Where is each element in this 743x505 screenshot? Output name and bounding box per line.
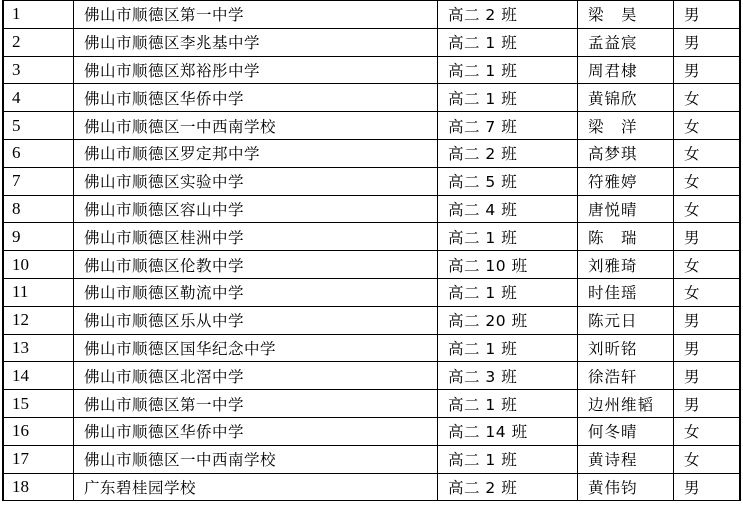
student-name: 梁 洋	[578, 112, 674, 140]
student-name: 陈元日	[578, 306, 674, 334]
table-row: 5 佛山市顺德区一中西南学校 高二 7 班 梁 洋 女	[3, 112, 740, 140]
student-name: 梁 昊	[578, 1, 674, 29]
row-number: 3	[3, 56, 74, 84]
class-name: 高二 4 班	[438, 195, 578, 223]
student-gender: 女	[674, 112, 741, 140]
school-name: 佛山市顺德区容山中学	[74, 195, 438, 223]
class-name: 高二 1 班	[438, 334, 578, 362]
school-name: 佛山市顺德区第一中学	[74, 1, 438, 29]
student-gender: 男	[674, 390, 741, 418]
student-name: 黄伟钧	[578, 473, 674, 501]
table-row: 1 佛山市顺德区第一中学 高二 2 班 梁 昊 男	[3, 1, 740, 29]
row-number: 11	[3, 278, 74, 306]
table-row: 16 佛山市顺德区华侨中学 高二 14 班 何冬晴 女	[3, 417, 740, 445]
student-name: 黄诗程	[578, 445, 674, 473]
row-number: 13	[3, 334, 74, 362]
class-name: 高二 1 班	[438, 84, 578, 112]
student-gender: 男	[674, 362, 741, 390]
table-row: 2 佛山市顺德区李兆基中学 高二 1 班 孟益宸 男	[3, 28, 740, 56]
table-row: 14 佛山市顺德区北滘中学 高二 3 班 徐浩轩 男	[3, 362, 740, 390]
student-gender: 女	[674, 167, 741, 195]
row-number: 18	[3, 473, 74, 501]
school-name: 佛山市顺德区李兆基中学	[74, 28, 438, 56]
school-name: 佛山市顺德区华侨中学	[74, 417, 438, 445]
school-name: 佛山市顺德区勒流中学	[74, 278, 438, 306]
school-name: 佛山市顺德区国华纪念中学	[74, 334, 438, 362]
student-name: 符雅婷	[578, 167, 674, 195]
row-number: 9	[3, 223, 74, 251]
row-number: 8	[3, 195, 74, 223]
student-name: 边州维韬	[578, 390, 674, 418]
school-name: 佛山市顺德区伦教中学	[74, 251, 438, 279]
row-number: 1	[3, 1, 74, 29]
student-name: 高梦琪	[578, 139, 674, 167]
table-row: 8 佛山市顺德区容山中学 高二 4 班 唐悦晴 女	[3, 195, 740, 223]
table-row: 10 佛山市顺德区伦教中学 高二 10 班 刘雅琦 女	[3, 251, 740, 279]
student-name: 黄锦欣	[578, 84, 674, 112]
class-name: 高二 5 班	[438, 167, 578, 195]
class-name: 高二 2 班	[438, 473, 578, 501]
class-name: 高二 3 班	[438, 362, 578, 390]
class-name: 高二 1 班	[438, 445, 578, 473]
row-number: 4	[3, 84, 74, 112]
student-gender: 男	[674, 28, 741, 56]
student-gender: 男	[674, 306, 741, 334]
school-name: 佛山市顺德区北滘中学	[74, 362, 438, 390]
class-name: 高二 1 班	[438, 390, 578, 418]
school-name: 佛山市顺德区郑裕彤中学	[74, 56, 438, 84]
row-number: 10	[3, 251, 74, 279]
row-number: 2	[3, 28, 74, 56]
table-row: 17 佛山市顺德区一中西南学校 高二 1 班 黄诗程 女	[3, 445, 740, 473]
table-row: 4 佛山市顺德区华侨中学 高二 1 班 黄锦欣 女	[3, 84, 740, 112]
class-name: 高二 2 班	[438, 1, 578, 29]
school-name: 佛山市顺德区罗定邦中学	[74, 139, 438, 167]
class-name: 高二 10 班	[438, 251, 578, 279]
row-number: 12	[3, 306, 74, 334]
table-row: 3 佛山市顺德区郑裕彤中学 高二 1 班 周君棣 男	[3, 56, 740, 84]
student-gender: 男	[674, 1, 741, 29]
student-gender: 女	[674, 445, 741, 473]
row-number: 5	[3, 112, 74, 140]
student-name: 徐浩轩	[578, 362, 674, 390]
table-row: 18 广东碧桂园学校 高二 2 班 黄伟钧 男	[3, 473, 740, 501]
class-name: 高二 20 班	[438, 306, 578, 334]
school-name: 佛山市顺德区桂洲中学	[74, 223, 438, 251]
class-name: 高二 1 班	[438, 28, 578, 56]
class-name: 高二 7 班	[438, 112, 578, 140]
student-gender: 女	[674, 195, 741, 223]
row-number: 16	[3, 417, 74, 445]
student-name: 唐悦晴	[578, 195, 674, 223]
table-row: 6 佛山市顺德区罗定邦中学 高二 2 班 高梦琪 女	[3, 139, 740, 167]
table-row: 15 佛山市顺德区第一中学 高二 1 班 边州维韬 男	[3, 390, 740, 418]
student-name: 何冬晴	[578, 417, 674, 445]
student-gender: 女	[674, 278, 741, 306]
row-number: 6	[3, 139, 74, 167]
student-name: 陈 瑞	[578, 223, 674, 251]
student-name: 周君棣	[578, 56, 674, 84]
row-number: 17	[3, 445, 74, 473]
school-name: 佛山市顺德区一中西南学校	[74, 112, 438, 140]
table-row: 9 佛山市顺德区桂洲中学 高二 1 班 陈 瑞 男	[3, 223, 740, 251]
table-row: 12 佛山市顺德区乐从中学 高二 20 班 陈元日 男	[3, 306, 740, 334]
table-row: 11 佛山市顺德区勒流中学 高二 1 班 时佳瑶 女	[3, 278, 740, 306]
school-name: 广东碧桂园学校	[74, 473, 438, 501]
student-gender: 女	[674, 251, 741, 279]
student-gender: 男	[674, 56, 741, 84]
student-gender: 女	[674, 84, 741, 112]
student-name: 时佳瑶	[578, 278, 674, 306]
student-gender: 男	[674, 334, 741, 362]
class-name: 高二 1 班	[438, 278, 578, 306]
class-name: 高二 1 班	[438, 56, 578, 84]
school-name: 佛山市顺德区实验中学	[74, 167, 438, 195]
row-number: 7	[3, 167, 74, 195]
student-roster-table: 1 佛山市顺德区第一中学 高二 2 班 梁 昊 男 2 佛山市顺德区李兆基中学 …	[2, 0, 741, 501]
class-name: 高二 14 班	[438, 417, 578, 445]
school-name: 佛山市顺德区乐从中学	[74, 306, 438, 334]
student-gender: 男	[674, 223, 741, 251]
school-name: 佛山市顺德区一中西南学校	[74, 445, 438, 473]
school-name: 佛山市顺德区第一中学	[74, 390, 438, 418]
row-number: 14	[3, 362, 74, 390]
class-name: 高二 2 班	[438, 139, 578, 167]
document-page: 1 佛山市顺德区第一中学 高二 2 班 梁 昊 男 2 佛山市顺德区李兆基中学 …	[0, 0, 743, 505]
student-name: 刘雅琦	[578, 251, 674, 279]
student-name: 刘昕铭	[578, 334, 674, 362]
table-row: 7 佛山市顺德区实验中学 高二 5 班 符雅婷 女	[3, 167, 740, 195]
school-name: 佛山市顺德区华侨中学	[74, 84, 438, 112]
student-gender: 男	[674, 473, 741, 501]
roster-body: 1 佛山市顺德区第一中学 高二 2 班 梁 昊 男 2 佛山市顺德区李兆基中学 …	[3, 1, 740, 501]
table-row: 13 佛山市顺德区国华纪念中学 高二 1 班 刘昕铭 男	[3, 334, 740, 362]
row-number: 15	[3, 390, 74, 418]
student-gender: 女	[674, 139, 741, 167]
student-name: 孟益宸	[578, 28, 674, 56]
class-name: 高二 1 班	[438, 223, 578, 251]
student-gender: 女	[674, 417, 741, 445]
